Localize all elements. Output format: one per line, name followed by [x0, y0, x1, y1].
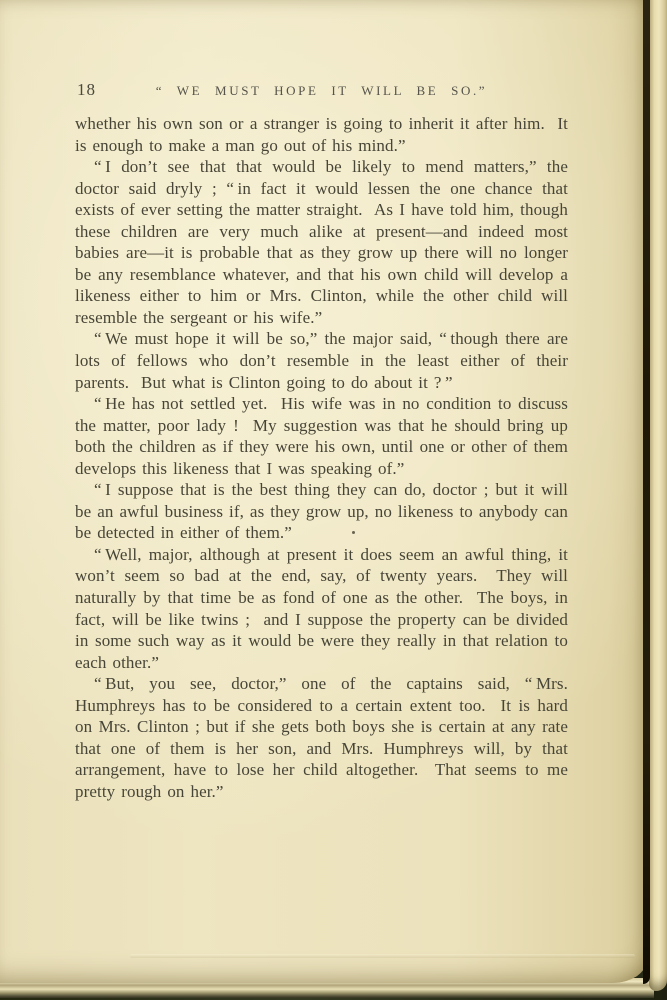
paragraph: “ But, you see, doctor,” one of the capt… [75, 673, 568, 802]
book-photo: 18 “ WE MUST HOPE IT WILL BE SO.” whethe… [0, 0, 667, 1000]
paragraph: “ He has not settled yet. His wife was i… [75, 393, 568, 479]
page-edge-shadow-line [643, 0, 650, 984]
page-text: whether his own son or a stranger is goi… [75, 113, 568, 803]
paragraph: “ I don’t see that that would be likely … [75, 156, 568, 328]
page-number: 18 [77, 80, 96, 100]
page-crease [130, 954, 635, 958]
paragraph: “ Well, major, although at present it do… [75, 544, 568, 673]
paragraph: “ We must hope it will be so,” the major… [75, 328, 568, 393]
running-head-title: “ WE MUST HOPE IT WILL BE SO.” [75, 80, 568, 99]
running-header: 18 “ WE MUST HOPE IT WILL BE SO.” [75, 80, 568, 104]
book-page: 18 “ WE MUST HOPE IT WILL BE SO.” whethe… [0, 0, 647, 983]
paragraph: “ I suppose that is the best thing they … [75, 479, 568, 544]
paragraph: whether his own son or a stranger is goi… [75, 113, 568, 156]
underlying-page-edge [649, 0, 667, 991]
